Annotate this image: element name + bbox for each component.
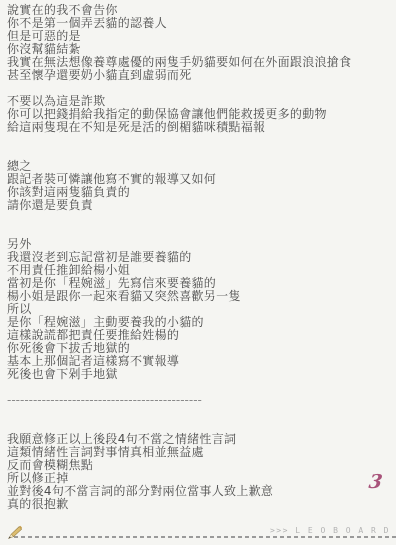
post-paragraph-5: 我願意修正以上後段4句不當之情緒性言詞 這類情緒性言詞對事情真相並無益處 反而會… — [7, 433, 394, 511]
page-number-flourish: 3 — [367, 472, 383, 492]
post-body: 說實在的我不會告你 你不是第一個弄丟貓的認養人 但是可惡的是 你沒幫貓結紮 我實… — [7, 4, 394, 511]
post-paragraph-1: 說實在的我不會告你 你不是第一個弄丟貓的認養人 但是可惡的是 你沒幫貓結紮 我實… — [7, 4, 394, 82]
post-line: 死後也會下剁手地獄 — [7, 368, 394, 381]
footer-dashed-line — [14, 536, 396, 538]
post-line: 給這兩隻現在不知是死是活的倒楣貓咪積點福報 — [7, 121, 394, 134]
post-line: 楊小姐是跟你一起來看貓又突然喜歡另一隻 — [7, 290, 394, 303]
post-line: 甚至懷孕還要奶小貓直到虛弱而死 — [7, 69, 394, 82]
post-line: 請你還是要負責 — [7, 199, 394, 212]
post-paragraph-4: 另外 我還沒老到忘記當初是誰要養貓的 不用責任推卸給楊小姐 當初是你「程婉滋」先… — [7, 238, 394, 381]
post-paragraph-2: 不要以為這是詐欺 你可以把錢捐給我指定的動保協會讓他們能救援更多的動物 給這兩隻… — [7, 95, 394, 134]
leoboard-brand: >>> L E O B O A R D — [270, 526, 390, 535]
post-line: 真的很抱歉 — [7, 498, 394, 511]
post-paragraph-3: 總之 跟記者裝可憐讓他寫不實的報導又如何 你該對這兩隻貓負責的 請你還是要負責 — [7, 160, 394, 212]
signature-footer: >>> L E O B O A R D — [0, 519, 396, 545]
signature-separator: ----------------------------------------… — [7, 394, 394, 407]
pencil-icon — [5, 525, 22, 542]
